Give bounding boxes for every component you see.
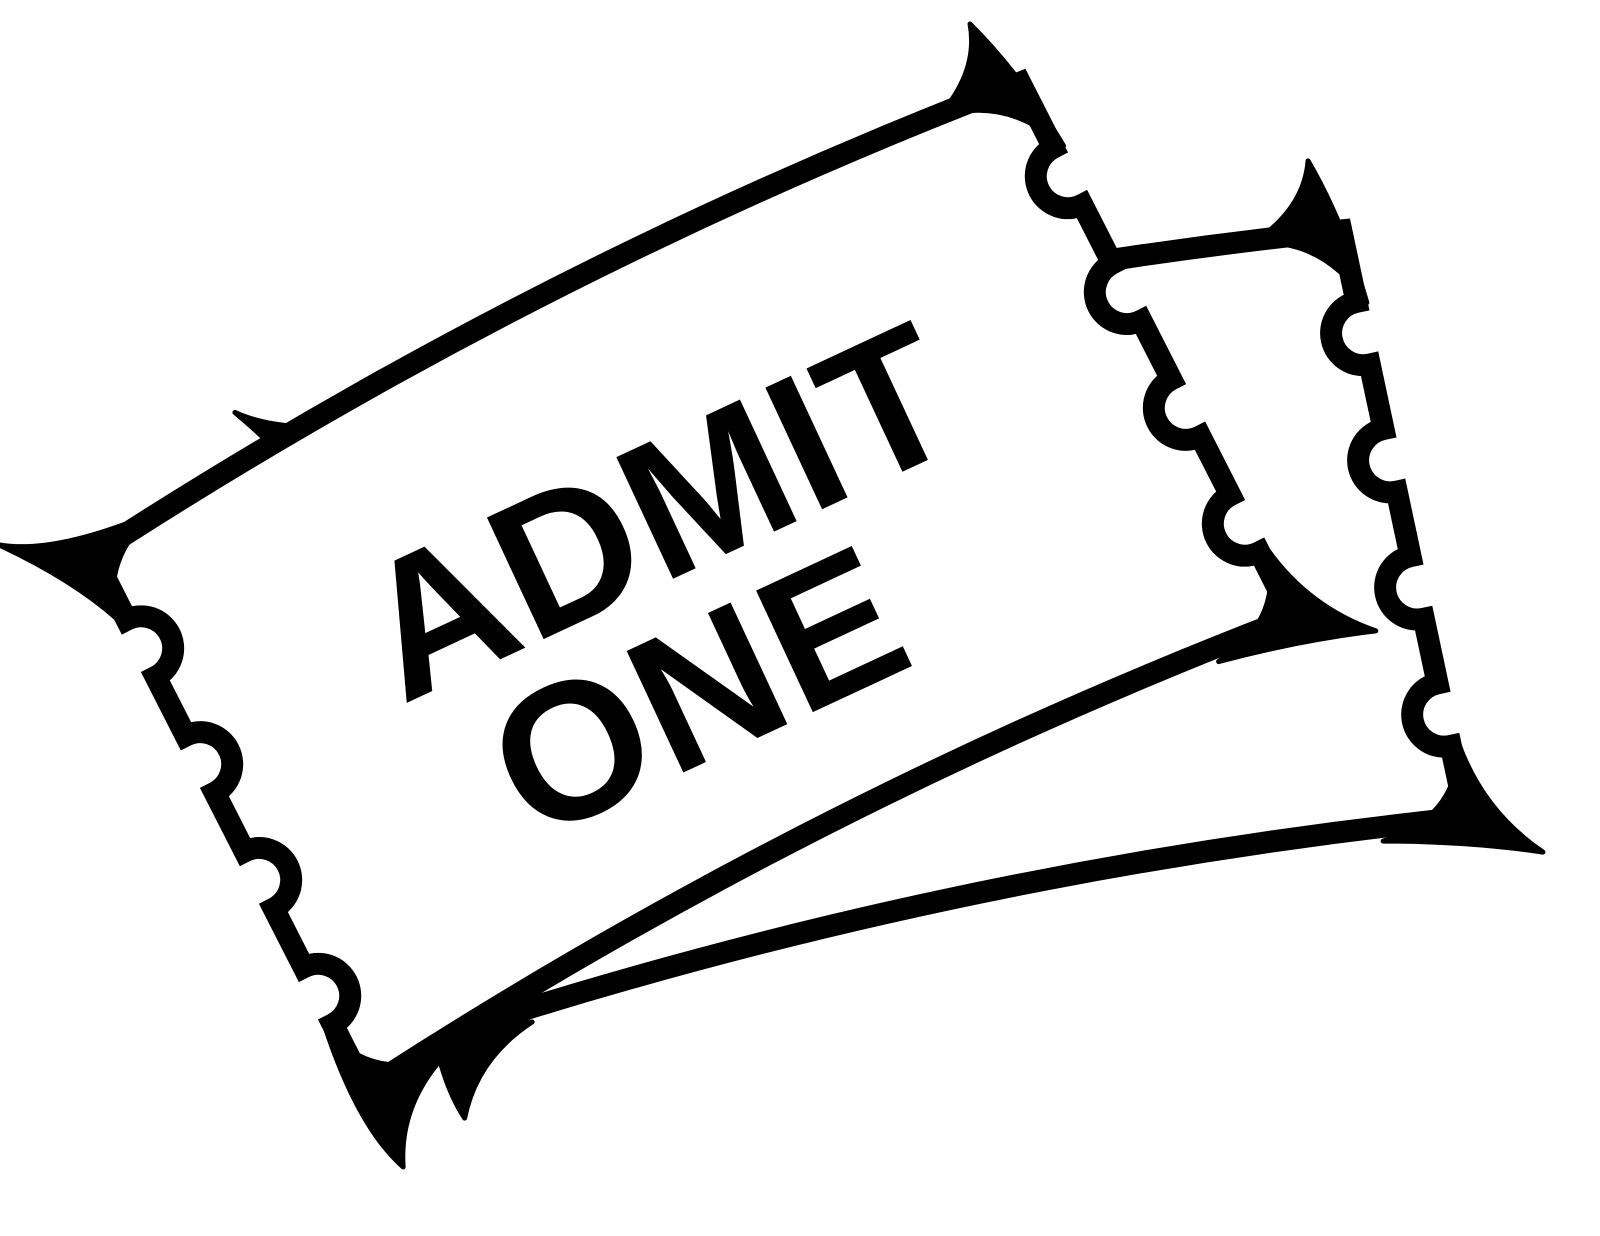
- ticket-illustration: ADMIT ONE: [0, 0, 1600, 1236]
- admit-one-tickets-icon: ADMIT ONE: [0, 0, 1600, 1236]
